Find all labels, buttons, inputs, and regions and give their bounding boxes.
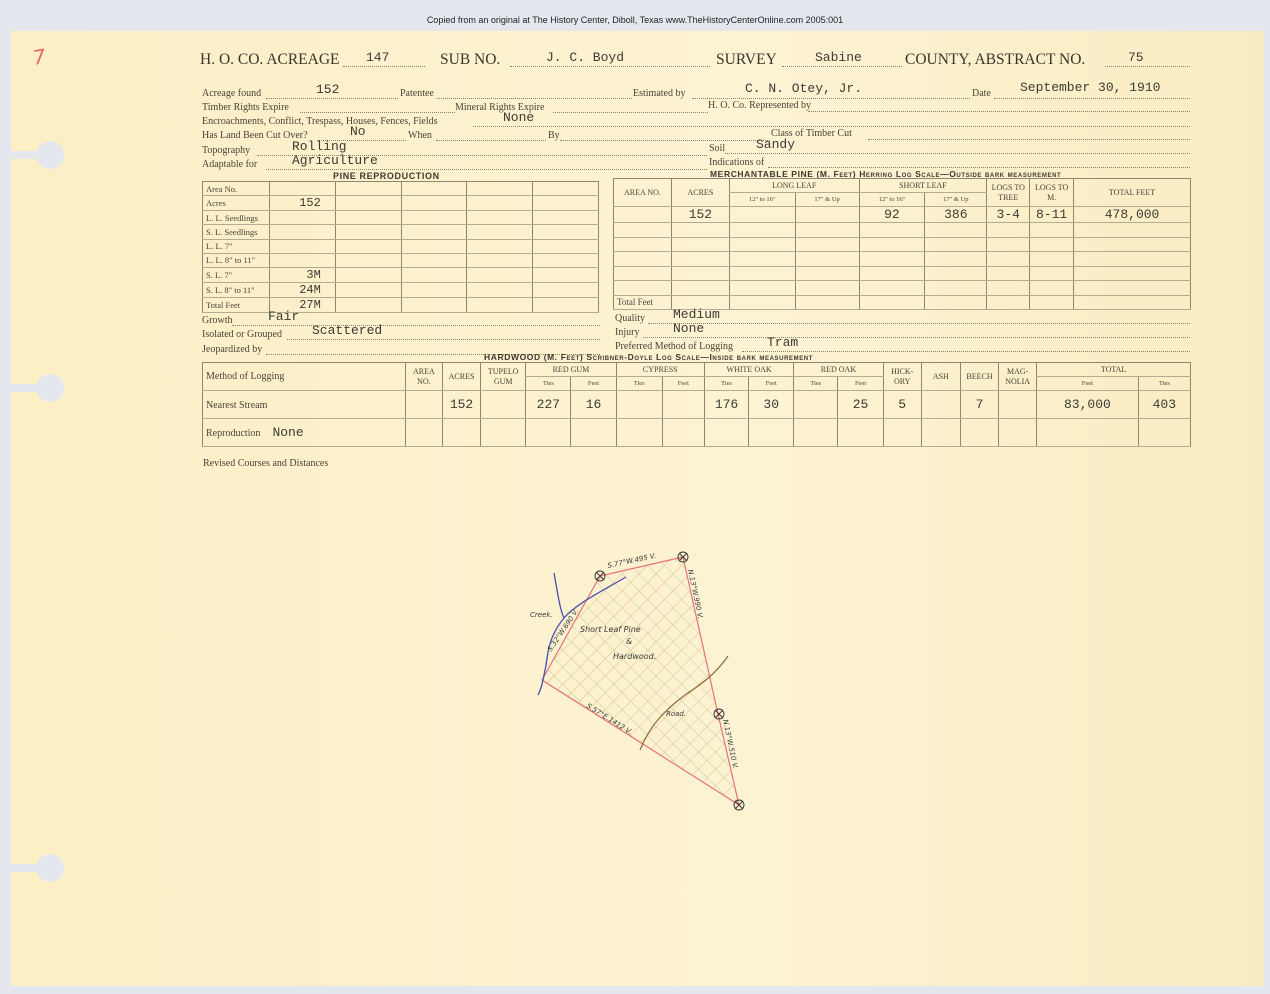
quality-value: Medium [673, 307, 720, 322]
area-label-amp: & [626, 637, 632, 646]
method-of-logging-label: Method of Logging [206, 371, 284, 382]
col-cypress: CYPRESS [616, 363, 704, 377]
patentee-label: Patentee [400, 88, 434, 99]
col-red-gum: RED GUM [526, 363, 616, 377]
pine-reproduction-cell [467, 253, 533, 267]
col-ll-17-up: 17" & Up [795, 193, 859, 207]
hardwood-cell: 30 [749, 391, 794, 419]
binder-hole [36, 374, 64, 402]
record-header: H. O. CO. ACREAGE 147 SUB NO. J. C. Boyd… [200, 48, 1190, 70]
hardwood-cell [616, 391, 662, 419]
jeopardized-label: Jeopardized by [202, 344, 262, 355]
col-acres: ACRES [671, 179, 729, 207]
hardwood-cell [405, 419, 442, 447]
merchantable-pine-cell [859, 252, 925, 267]
hardwood-row: ReproductionNone [203, 419, 1191, 447]
merchantable-pine-cell [1074, 281, 1191, 296]
merchantable-pine-cell [671, 266, 729, 281]
cut-over-value: No [350, 124, 366, 139]
col-total-feet: TOTAL FEET [1074, 179, 1191, 207]
survey-value: Sabine [815, 50, 862, 65]
pine-reproduction-cell: 24M [269, 282, 335, 297]
col-hickory: HICK- ORY [883, 363, 921, 391]
hardwood-cell [794, 419, 838, 447]
pine-reproduction-cell [467, 225, 533, 239]
hardwood-cell [662, 419, 704, 447]
merchantable-pine-cell: 92 [859, 207, 925, 223]
hardwood-row: Nearest Stream1522271617630255783,000403 [203, 391, 1191, 419]
pine-reproduction-cell [533, 282, 599, 297]
merchantable-pine-cell [987, 252, 1030, 267]
area-label-hardwood: Hardwood. [613, 652, 656, 661]
county-abstract-label: COUNTY, ABSTRACT NO. [905, 51, 1085, 69]
hardwood-cell [749, 419, 794, 447]
row-label: Total Feet [203, 297, 270, 312]
hardwood-cell [481, 391, 526, 419]
pine-reproduction-row: Total Feet27M [203, 297, 599, 312]
merchantable-pine-cell [925, 281, 987, 296]
growth-label: Growth [202, 315, 233, 326]
survey-label: SURVEY [716, 51, 777, 69]
adaptable-label: Adaptable for [202, 159, 257, 170]
col-acres: ACRES [442, 363, 480, 391]
pine-reproduction-cell [533, 239, 599, 253]
survey-plat-sketch: S.77°W.495 V. N.13°W.990 V. S.32°W.690 V… [520, 540, 760, 820]
pine-reproduction-cell: 3M [269, 267, 335, 282]
merchantable-pine-cell [859, 237, 925, 252]
encroachments-label: Encroachments, Conflict, Trespass, House… [202, 116, 438, 127]
by-label: By [548, 130, 560, 141]
hardwood-cell [999, 419, 1037, 447]
total-cell [925, 295, 987, 309]
revised-courses-label: Revised Courses and Distances [203, 458, 328, 469]
pine-reproduction-cell [335, 211, 401, 225]
merchantable-pine-cell [795, 252, 859, 267]
when-label: When [408, 130, 432, 141]
hardwood-cell [662, 391, 704, 419]
hardwood-title: HARDWOOD (M. Feet) Scribner-Doyle Log Sc… [484, 352, 813, 362]
merchantable-pine-cell [1030, 266, 1074, 281]
quality-label: Quality [615, 313, 645, 324]
nearest-stream-cell: Nearest Stream [203, 391, 406, 419]
col-area-no: AREA NO. [614, 179, 672, 207]
pine-reproduction-cell [269, 211, 335, 225]
hardwood-cell: 25 [838, 391, 883, 419]
merchantable-pine-cell [614, 237, 672, 252]
road-label: Road. [666, 710, 686, 718]
pine-reproduction-cell [269, 225, 335, 239]
hardwood-cell [616, 419, 662, 447]
merchantable-pine-cell [795, 237, 859, 252]
pine-reproduction-cell [401, 253, 467, 267]
row-label: S. L. 8" to 11" [203, 282, 270, 297]
merchantable-pine-cell: 386 [925, 207, 987, 223]
pine-reproduction-cell [467, 196, 533, 211]
row-label: L. L. 7" [203, 239, 270, 253]
hardwood-cell: 16 [571, 391, 616, 419]
merchantable-pine-cell [729, 281, 795, 296]
pine-reproduction-cell [533, 182, 599, 196]
merchantable-pine-row [614, 266, 1191, 281]
soil-label: Soil [709, 143, 725, 154]
merchantable-pine-cell [859, 266, 925, 281]
hardwood-cell [442, 419, 480, 447]
pine-reproduction-cell [401, 239, 467, 253]
col-white-oak-feet: Feet [749, 377, 794, 391]
pine-reproduction-cell [467, 182, 533, 196]
indications-label: Indications of [709, 157, 764, 168]
creek-label: Creek. [530, 611, 553, 619]
pine-reproduction-cell [335, 196, 401, 211]
merchantable-pine-row [614, 223, 1191, 238]
merchantable-pine-cell [1030, 223, 1074, 238]
col-long-leaf: LONG LEAF [729, 179, 859, 193]
hardwood-cell [526, 419, 571, 447]
col-total-ties: Ties [1138, 377, 1190, 391]
merchantable-pine-table: AREA NO. ACRES LONG LEAF SHORT LEAF LOGS… [613, 178, 1191, 310]
hardwood-cell [1138, 419, 1190, 447]
pine-reproduction-cell: 152 [269, 196, 335, 211]
hardwood-cell: 152 [442, 391, 480, 419]
merchantable-pine-cell: 3-4 [987, 207, 1030, 223]
pine-reproduction-row: L. L. 8" to 11" [203, 253, 599, 267]
pine-reproduction-cell [401, 182, 467, 196]
merchantable-pine-cell [987, 266, 1030, 281]
col-sl-12-16: 12" to 16" [859, 193, 925, 207]
reproduction-value: None [272, 425, 303, 440]
pine-reproduction-cell [335, 239, 401, 253]
pine-reproduction-cell [269, 239, 335, 253]
abstract-value: 75 [1128, 50, 1144, 65]
pine-reproduction-cell [533, 253, 599, 267]
merchantable-pine-cell [1074, 237, 1191, 252]
logging-method-label: Preferred Method of Logging [615, 341, 733, 352]
row-label: L. L. Seedlings [203, 211, 270, 225]
injury-value: None [673, 321, 704, 336]
col-red-gum-ties: Ties [526, 377, 571, 391]
pine-reproduction-cell [467, 297, 533, 312]
merchantable-pine-cell: 478,000 [1074, 207, 1191, 223]
merchantable-pine-cell [671, 237, 729, 252]
merchantable-pine-cell [987, 237, 1030, 252]
total-cell [729, 295, 795, 309]
merchantable-pine-row [614, 252, 1191, 267]
hardwood-cell: 5 [883, 391, 921, 419]
merchantable-pine-cell [1030, 237, 1074, 252]
merchantable-pine-cell [614, 281, 672, 296]
pine-reproduction-cell [401, 211, 467, 225]
merchantable-pine-cell [729, 237, 795, 252]
merchantable-pine-cell [729, 223, 795, 238]
timber-rights-label: Timber Rights Expire [202, 102, 289, 113]
merchantable-pine-row: 152923863-48-11478,000 [614, 207, 1191, 223]
merchantable-pine-cell [795, 207, 859, 223]
estimated-by-label: Estimated by [633, 88, 686, 99]
pine-reproduction-cell [401, 282, 467, 297]
hardwood-cell [1037, 419, 1138, 447]
col-total-feet: Feet [1037, 377, 1138, 391]
pine-reproduction-cell [533, 225, 599, 239]
col-red-oak-feet: Feet [838, 377, 883, 391]
merchantable-pine-cell [925, 237, 987, 252]
merchantable-pine-cell [614, 207, 672, 223]
merchantable-pine-cell [729, 266, 795, 281]
hardwood-cell: 227 [526, 391, 571, 419]
pine-reproduction-row: L. L. 7" [203, 239, 599, 253]
acreage-found-value: 152 [316, 82, 339, 97]
sub-no-label: SUB NO. [440, 51, 500, 69]
merchantable-pine-cell [729, 252, 795, 267]
total-cell [1030, 295, 1074, 309]
merchantable-pine-cell [614, 252, 672, 267]
merchantable-pine-row [614, 281, 1191, 296]
pine-reproduction-cell [533, 211, 599, 225]
pine-reproduction-row: S. L. 7"3M [203, 267, 599, 282]
pine-reproduction-row: S. L. Seedlings [203, 225, 599, 239]
binder-hole [36, 141, 64, 169]
merchantable-pine-cell [671, 252, 729, 267]
hardwood-cell [921, 391, 960, 419]
sub-no-value: J. C. Boyd [546, 50, 624, 65]
isolated-label: Isolated or Grouped [202, 329, 282, 340]
merchantable-pine-cell [795, 223, 859, 238]
col-total: TOTAL [1037, 363, 1191, 377]
col-red-oak-ties: Ties [794, 377, 838, 391]
row-label: S. L. Seedlings [203, 225, 270, 239]
pine-reproduction-cell [269, 182, 335, 196]
pine-reproduction-row: Acres152 [203, 196, 599, 211]
hardwood-cell [921, 419, 960, 447]
merchantable-pine-cell [671, 281, 729, 296]
col-area-no: AREA NO. [405, 363, 442, 391]
hardwood-cell [405, 391, 442, 419]
hardwood-cell: 7 [960, 391, 998, 419]
total-cell [795, 295, 859, 309]
hardwood-cell [999, 391, 1037, 419]
merchantable-pine-cell [795, 266, 859, 281]
row-label: Area No. [203, 182, 270, 196]
hardwood-cell [481, 419, 526, 447]
hardwood-cell: 403 [1138, 391, 1190, 419]
total-feet-label: Total Feet [614, 295, 672, 309]
col-magnolia: MAG- NOLIA [999, 363, 1037, 391]
pine-reproduction-cell [269, 253, 335, 267]
pine-reproduction-cell [401, 196, 467, 211]
col-ash: ASH [921, 363, 960, 391]
hardwood-cell [794, 391, 838, 419]
pine-reproduction-cell [401, 267, 467, 282]
merchantable-pine-cell [614, 223, 672, 238]
merchantable-pine-cell [1074, 223, 1191, 238]
col-beech: BEECH [960, 363, 998, 391]
merchantable-pine-cell [987, 223, 1030, 238]
merchantable-pine-cell [614, 266, 672, 281]
pine-reproduction-row: Area No. [203, 182, 599, 196]
encroachments-value: None [503, 110, 534, 125]
pine-reproduction-cell [467, 282, 533, 297]
soil-value: Sandy [756, 137, 795, 152]
hardwood-cell [571, 419, 616, 447]
pine-reproduction-cell [467, 239, 533, 253]
pine-reproduction-cell [335, 182, 401, 196]
pine-reproduction-cell [401, 297, 467, 312]
pine-reproduction-cell [335, 225, 401, 239]
hardwood-cell: 176 [704, 391, 748, 419]
merchantable-pine-cell [925, 266, 987, 281]
col-red-oak: RED OAK [794, 363, 883, 377]
acreage-label: H. O. CO. ACREAGE [200, 51, 340, 69]
pine-reproduction-cell [533, 297, 599, 312]
row-label: S. L. 7" [203, 267, 270, 282]
row-label: Acres [203, 196, 270, 211]
pine-reproduction-table: Area No.Acres152L. L. SeedlingsS. L. See… [202, 181, 599, 313]
hardwood-cell [883, 419, 921, 447]
pine-reproduction-cell [401, 225, 467, 239]
total-cell [1074, 295, 1191, 309]
binder-hole [36, 854, 64, 882]
date-label: Date [972, 88, 991, 99]
col-white-oak-ties: Ties [704, 377, 748, 391]
hardwood-cell [704, 419, 748, 447]
pine-reproduction-cell [335, 297, 401, 312]
col-short-leaf: SHORT LEAF [859, 179, 987, 193]
adaptable-value: Agriculture [292, 153, 378, 168]
merchantable-pine-cell: 152 [671, 207, 729, 223]
pine-reproduction-cell [335, 282, 401, 297]
injury-label: Injury [615, 327, 639, 338]
area-label-pine: Short Leaf Pine [580, 625, 641, 634]
acreage-value: 147 [366, 50, 389, 65]
growth-value: Fair [268, 309, 299, 324]
estimated-by-value: C. N. Otey, Jr. [745, 81, 862, 96]
hardwood-cell [960, 419, 998, 447]
merchantable-pine-cell [987, 281, 1030, 296]
pine-reproduction-row: S. L. 8" to 11"24M [203, 282, 599, 297]
merchantable-pine-cell [795, 281, 859, 296]
archive-copy-note: Copied from an original at The History C… [0, 15, 1270, 25]
hardwood-cell [838, 419, 883, 447]
merchantable-pine-cell [859, 223, 925, 238]
merchantable-pine-cell [925, 252, 987, 267]
merchantable-pine-cell: 8-11 [1030, 207, 1074, 223]
col-tupelo-gum: TUPELO GUM [481, 363, 526, 391]
merchantable-pine-cell [671, 223, 729, 238]
pine-reproduction-cell [335, 253, 401, 267]
merchantable-pine-cell [859, 281, 925, 296]
col-logs-to-tree: LOGS TO TREE [987, 179, 1030, 207]
represented-by-label: H. O. Co. Represented by [708, 100, 811, 111]
row-label: L. L. 8" to 11" [203, 253, 270, 267]
pine-reproduction-cell [467, 267, 533, 282]
topography-value: Rolling [292, 139, 347, 154]
total-cell [859, 295, 925, 309]
acreage-found-label: Acreage found [202, 88, 261, 99]
pine-reproduction-cell [533, 196, 599, 211]
isolated-value: Scattered [312, 323, 382, 338]
merchantable-pine-cell [1074, 252, 1191, 267]
col-logs-to-m: LOGS TO M. [1030, 179, 1074, 207]
merchantable-pine-cell [1030, 281, 1074, 296]
merchantable-pine-cell [1074, 266, 1191, 281]
topography-label: Topography [202, 145, 250, 156]
merchantable-pine-row [614, 237, 1191, 252]
merchantable-pine-cell [1030, 252, 1074, 267]
pine-reproduction-row: L. L. Seedlings [203, 211, 599, 225]
merchantable-pine-cell [925, 223, 987, 238]
nearest-stream-label: Nearest Stream [206, 400, 267, 411]
pine-reproduction-cell [335, 267, 401, 282]
col-cypress-ties: Ties [616, 377, 662, 391]
method-of-logging-cell: Method of Logging [203, 363, 406, 391]
pine-reproduction-cell [533, 267, 599, 282]
total-cell [987, 295, 1030, 309]
col-cypress-feet: Feet [662, 377, 704, 391]
merchantable-pine-cell [729, 207, 795, 223]
reproduction-cell: ReproductionNone [203, 419, 406, 447]
pine-reproduction-cell [467, 211, 533, 225]
col-ll-12-16: 12" to 16" [729, 193, 795, 207]
hardwood-table: Method of Logging AREA NO. ACRES TUPELO … [202, 362, 1191, 447]
col-sl-17-up: 17" & Up [925, 193, 987, 207]
reproduction-label: Reproduction [206, 428, 260, 439]
corner-pencil-mark: 7 [31, 44, 48, 70]
col-white-oak: WHITE OAK [704, 363, 793, 377]
logging-method-value: Tram [767, 335, 798, 350]
timber-record-card: 7 [11, 31, 1264, 986]
hardwood-cell: 83,000 [1037, 391, 1138, 419]
pine-reproduction-title: PINE REPRODUCTION [333, 171, 440, 181]
date-value: September 30, 1910 [1020, 80, 1160, 95]
col-red-gum-feet: Feet [571, 377, 616, 391]
